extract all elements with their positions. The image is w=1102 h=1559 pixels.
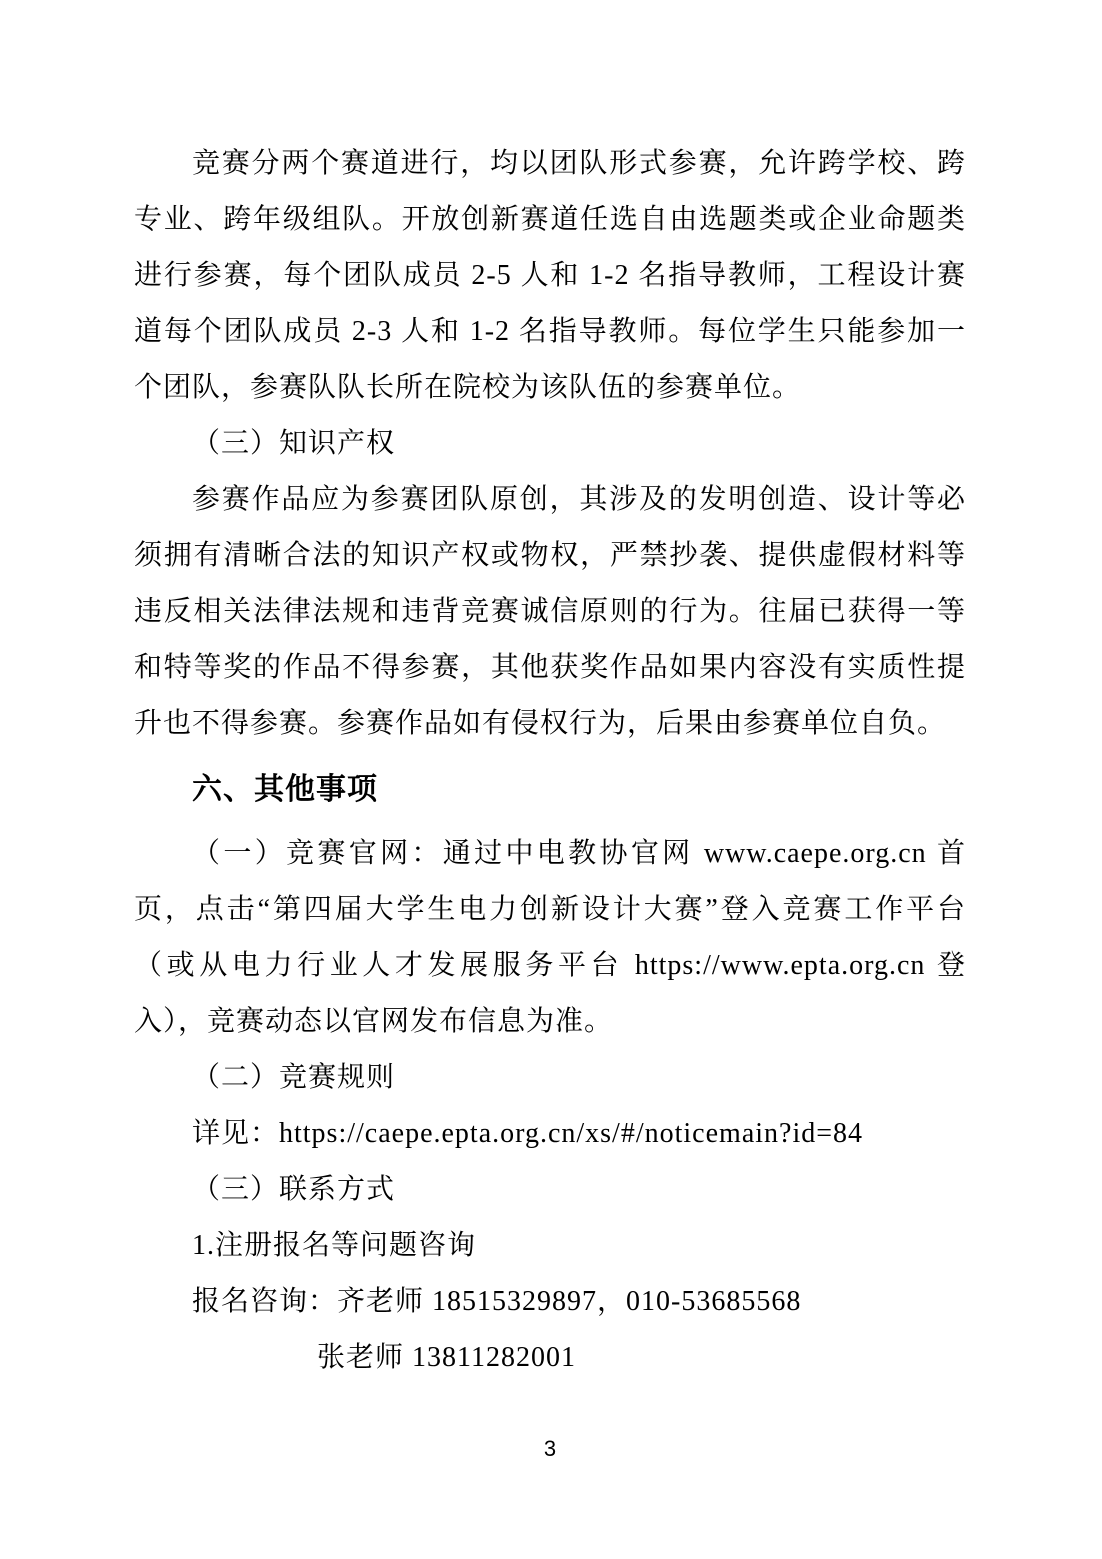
para1-line5: 个团队，参赛队队长所在院校为该队伍的参赛单位。 bbox=[134, 360, 966, 416]
para1-line3: 进行参赛，每个团队成员 2-5 人和 1-2 名指导教师，工程设计赛 bbox=[134, 248, 966, 304]
para2-line2: 须拥有清晰合法的知识产权或物权，严禁抄袭、提供虚假材料等 bbox=[134, 528, 966, 584]
para3-line2: 页，点击“第四届大学生电力创新设计大赛”登入竞赛工作平台 bbox=[134, 882, 966, 938]
para3-line4: 入），竞赛动态以官网发布信息为准。 bbox=[134, 994, 966, 1050]
para2-line5: 升也不得参赛。参赛作品如有侵权行为，后果由参赛单位自负。 bbox=[134, 696, 966, 752]
contact-line1: 报名咨询：齐老师 18515329897，010-53685568 bbox=[134, 1274, 966, 1330]
para3-line1: （一）竞赛官网：通过中电教协官网 www.caepe.org.cn 首 bbox=[134, 826, 966, 882]
page: 竞赛分两个赛道进行，均以团队形式参赛，允许跨学校、跨专业、跨年级组队。开放创新赛… bbox=[0, 0, 1102, 1559]
contact-item1-title: 1.注册报名等问题咨询 bbox=[134, 1218, 966, 1274]
para1-line2: 专业、跨年级组队。开放创新赛道任选自由选题类或企业命题类 bbox=[134, 192, 966, 248]
subheading-contact: （三）联系方式 bbox=[134, 1162, 966, 1218]
contact-line2: 张老师 13811282001 bbox=[134, 1330, 966, 1386]
rules-url-line: 详见：https://caepe.epta.org.cn/xs/#/notice… bbox=[134, 1106, 966, 1162]
para2-line4: 和特等奖的作品不得参赛，其他获奖作品如果内容没有实质性提 bbox=[134, 640, 966, 696]
para1-line4: 道每个团队成员 2-3 人和 1-2 名指导教师。每位学生只能参加一 bbox=[134, 304, 966, 360]
document-body: 竞赛分两个赛道进行，均以团队形式参赛，允许跨学校、跨专业、跨年级组队。开放创新赛… bbox=[134, 136, 966, 1386]
para2-line1: 参赛作品应为参赛团队原创，其涉及的发明创造、设计等必 bbox=[134, 472, 966, 528]
section-heading-other: 六、其他事项 bbox=[134, 762, 966, 818]
para3-line3: （或从电力行业人才发展服务平台 https://www.epta.org.cn … bbox=[134, 938, 966, 994]
page-number: 3 bbox=[544, 1436, 556, 1461]
para2-line3: 违反相关法律法规和违背竞赛诚信原则的行为。往届已获得一等 bbox=[134, 584, 966, 640]
page-footer: 3 bbox=[134, 1434, 966, 1464]
subheading-ip: （三）知识产权 bbox=[134, 416, 966, 472]
subheading-rules: （二）竞赛规则 bbox=[134, 1050, 966, 1106]
para1-line1: 竞赛分两个赛道进行，均以团队形式参赛，允许跨学校、跨 bbox=[134, 136, 966, 192]
